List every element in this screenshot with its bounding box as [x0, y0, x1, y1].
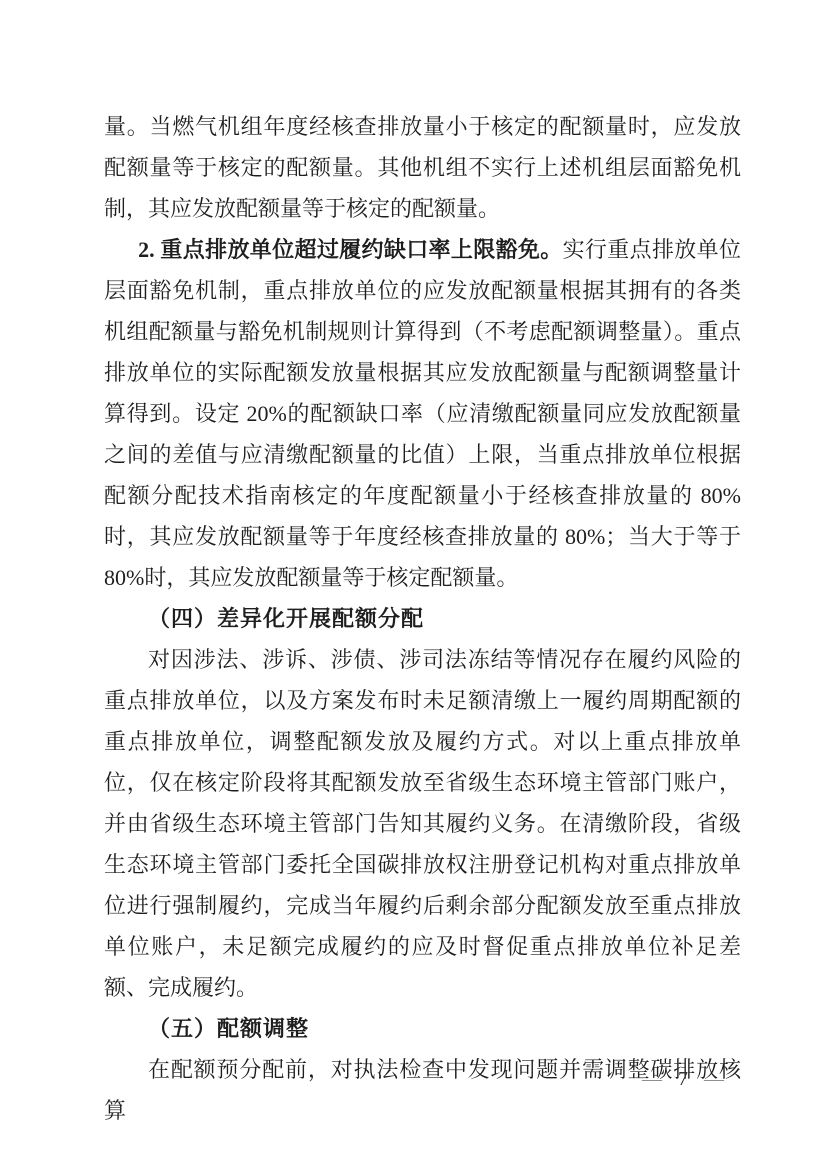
page-number-dash-right: —	[704, 1066, 724, 1092]
document-body: 量。当燃气机组年度经核查排放量小于核定的配额量时，应发放配额量等于核定的配额量。…	[104, 106, 741, 1131]
text-run: 2. 重点排放单位超过履约缺口率上限豁免。	[138, 237, 563, 262]
text-run: （四）差异化开展配额分配	[148, 606, 424, 631]
text-run: 对因涉法、涉诉、涉债、涉司法冻结等情况存在履约风险的重点排放单位，以及方案发布时…	[104, 647, 741, 1000]
page-footer: — 7 —	[642, 1066, 724, 1092]
paragraph: 2. 重点排放单位超过履约缺口率上限豁免。实行重点排放单位层面豁免机制，重点排放…	[104, 229, 741, 598]
page-number-dash-left: —	[642, 1066, 662, 1092]
section-heading: （五）配额调整	[104, 1008, 741, 1049]
document-page: 量。当燃气机组年度经核查排放量小于核定的配额量时，应发放配额量等于核定的配额量。…	[0, 0, 827, 1169]
text-run: 实行重点排放单位层面豁免机制，重点排放单位的应发放配额量根据其拥有的各类机组配额…	[104, 237, 741, 590]
text-run: （五）配额调整	[148, 1016, 309, 1041]
paragraph: 对因涉法、涉诉、涉债、涉司法冻结等情况存在履约风险的重点排放单位，以及方案发布时…	[104, 639, 741, 1008]
document-canvas: { "document": { "paragraphs": [ { "type"…	[0, 0, 827, 1169]
page-number-value: 7	[678, 1066, 688, 1092]
section-heading: （四）差异化开展配额分配	[104, 598, 741, 639]
paragraph: 量。当燃气机组年度经核查排放量小于核定的配额量时，应发放配额量等于核定的配额量。…	[104, 106, 741, 229]
text-run: 量。当燃气机组年度经核查排放量小于核定的配额量时，应发放配额量等于核定的配额量。…	[104, 114, 741, 221]
